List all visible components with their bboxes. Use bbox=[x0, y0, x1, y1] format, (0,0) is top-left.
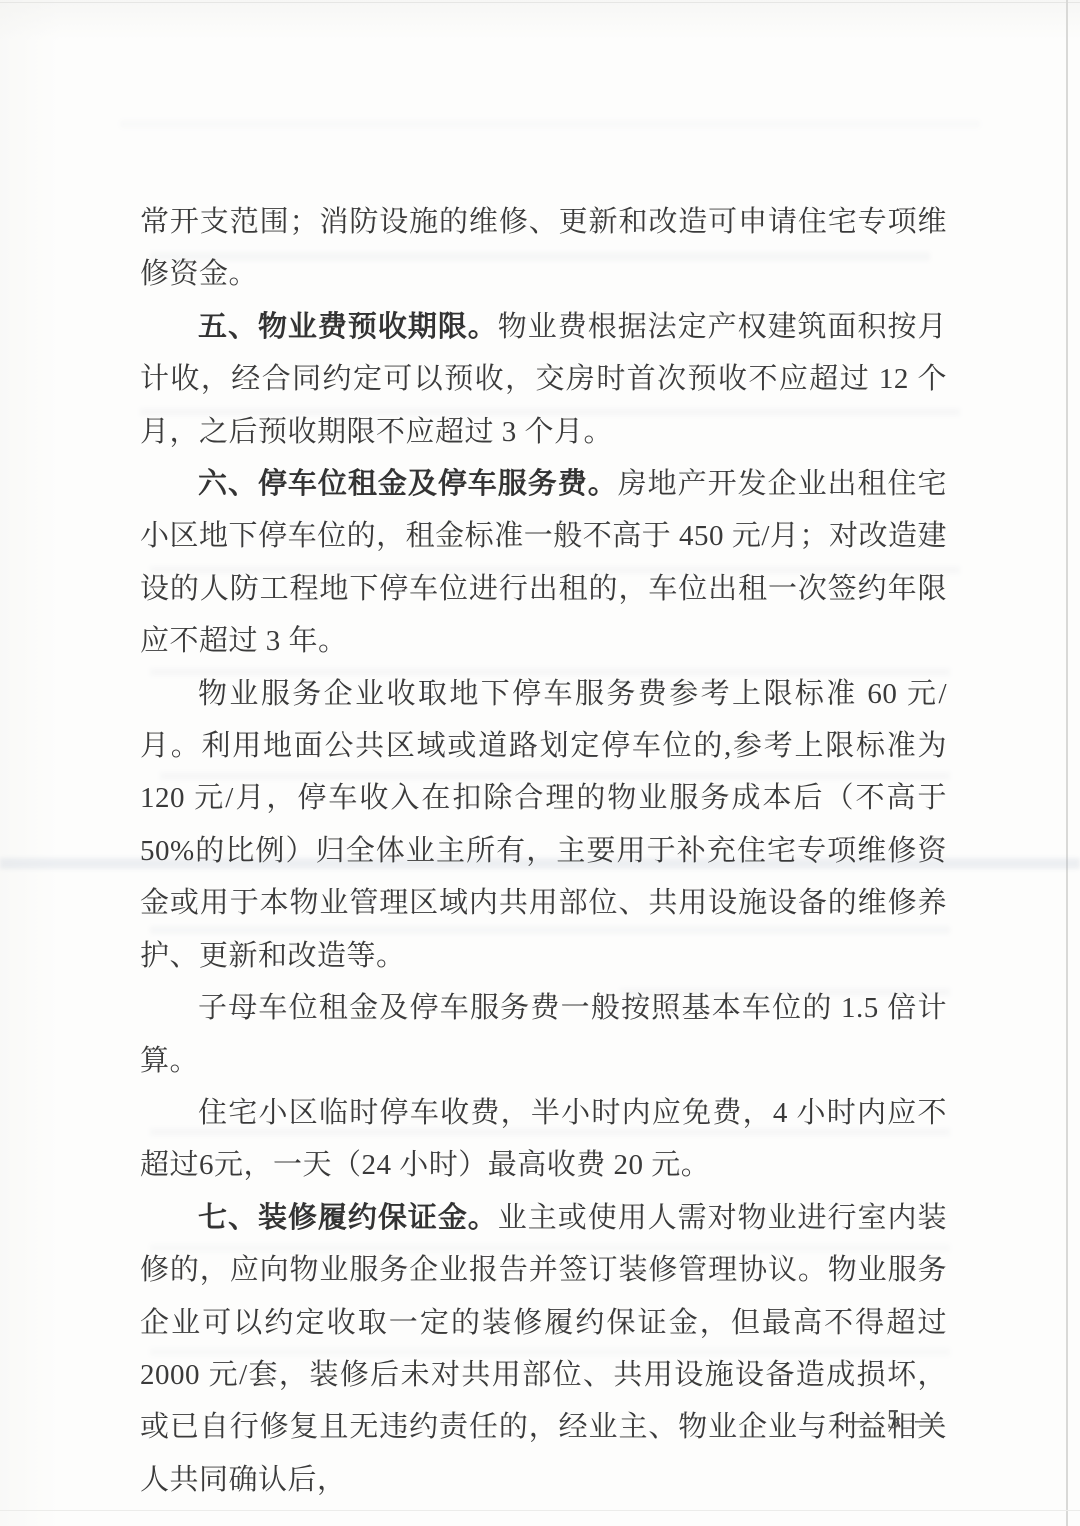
scan-top-edge-line bbox=[0, 2, 1080, 3]
paragraph: 常开支范围；消防设施的维修、更新和改造可申请住宅专项维修资金。 bbox=[140, 196, 947, 301]
scanned-document-page: 常开支范围；消防设施的维修、更新和改造可申请住宅专项维修资金。 五、物业费预收期… bbox=[0, 0, 1080, 1526]
paragraph-text: 常开支范围；消防设施的维修、更新和改造可申请住宅专项维修资金。 bbox=[140, 206, 947, 290]
paragraph-text: 子母车位租金及停车服务费一般按照基本车位的 1.5 倍计算。 bbox=[140, 992, 947, 1076]
paragraph: 六、停车位租金及停车服务费。房地产开发企业出租住宅小区地下停车位的，租金标准一般… bbox=[140, 458, 947, 668]
scan-bottom-edge-line bbox=[0, 1510, 1080, 1511]
scan-right-edge-line bbox=[1066, 0, 1068, 1526]
section-heading: 五、物业费预收期限。 bbox=[198, 311, 498, 343]
paragraph: 物业服务企业收取地下停车服务费参考上限标准 60 元/月。利用地面公共区域或道路… bbox=[140, 668, 947, 982]
paragraph: 七、装修履约保证金。业主或使用人需对物业进行室内装修的，应向物业服务企业报告并签… bbox=[140, 1192, 947, 1506]
paragraph-text: 物业服务企业收取地下停车服务费参考上限标准 60 元/月。利用地面公共区域或道路… bbox=[140, 678, 947, 972]
section-heading: 六、停车位租金及停车服务费。 bbox=[198, 468, 618, 500]
paragraph-text: 住宅小区临时停车收费，半小时内应免费，4 小时内应不超过6元，一天（24 小时）… bbox=[140, 1097, 947, 1181]
document-text-block: 常开支范围；消防设施的维修、更新和改造可申请住宅专项维修资金。 五、物业费预收期… bbox=[140, 196, 947, 1506]
paragraph: 住宅小区临时停车收费，半小时内应免费，4 小时内应不超过6元，一天（24 小时）… bbox=[140, 1087, 947, 1192]
paragraph: 五、物业费预收期限。物业费根据法定产权建筑面积按月计收，经合同约定可以预收，交房… bbox=[140, 301, 947, 458]
bleed-through-artifact bbox=[120, 120, 980, 128]
section-heading: 七、装修履约保证金。 bbox=[198, 1202, 498, 1234]
paragraph: 子母车位租金及停车服务费一般按照基本车位的 1.5 倍计算。 bbox=[140, 982, 947, 1087]
page-number: — 5 — bbox=[845, 1404, 946, 1435]
paragraph-text: 业主或使用人需对物业进行室内装修的，应向物业服务企业报告并签订装修管理协议。物业… bbox=[140, 1202, 947, 1496]
